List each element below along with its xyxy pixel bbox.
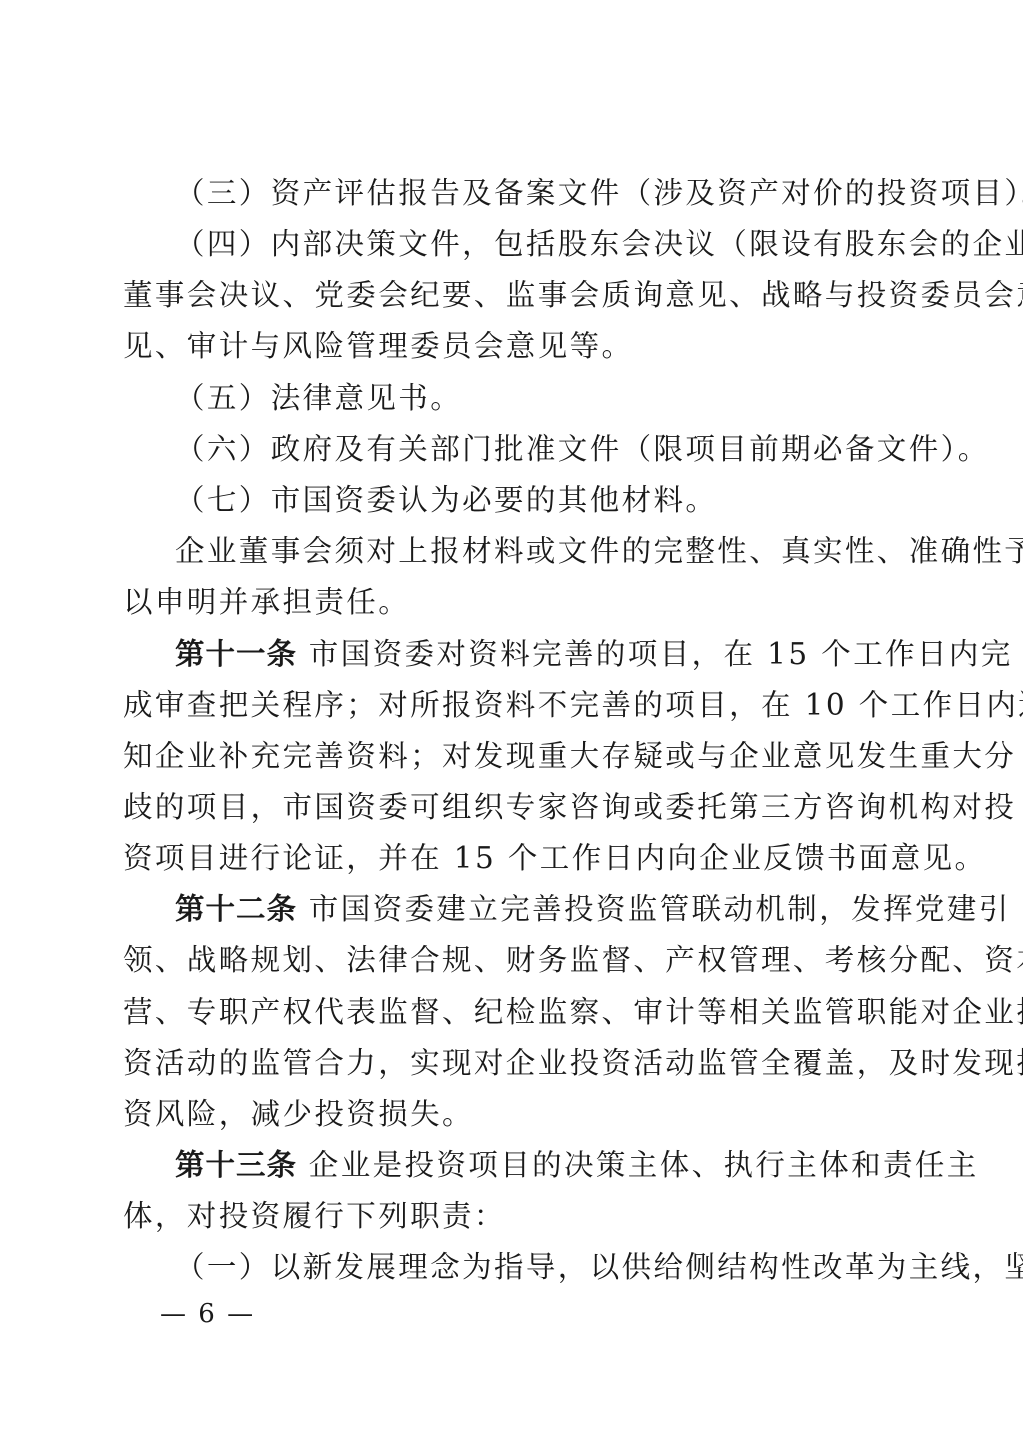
article-12-line-1: 第十二条 市国资委建立完善投资监管联动机制，发挥党建引 (175, 891, 883, 927)
page-number: — 6 — (160, 1298, 255, 1330)
item-3-line-1: （三）资产评估报告及备案文件（涉及资产对价的投资项目）。 (175, 175, 883, 211)
article-11-line-2: 成审查把关程序；对所报资料不完善的项目，在 10 个工作日内通 (123, 687, 883, 723)
item-4-line-2: 董事会决议、党委会纪要、监事会质询意见、战略与投资委员会意 (123, 277, 883, 313)
board-statement-line-2: 以申明并承担责任。 (123, 584, 883, 620)
article-12-line-4: 资活动的监管合力，实现对企业投资活动监管全覆盖，及时发现投 (123, 1045, 883, 1081)
item-4-line-1: （四）内部决策文件，包括股东会决议（限设有股东会的企业）、 (175, 226, 883, 262)
article-11-line-4: 歧的项目，市国资委可组织专家咨询或委托第三方咨询机构对投 (123, 789, 883, 825)
article-12-line-3: 营、专职产权代表监督、纪检监察、审计等相关监管职能对企业投 (123, 994, 883, 1030)
article-12-line-2: 领、战略规划、法律合规、财务监督、产权管理、考核分配、资本运 (123, 942, 883, 978)
item-4-line-3: 见、审计与风险管理委员会意见等。 (123, 328, 883, 364)
article-11-first-line: 市国资委对资料完善的项目，在 15 个工作日内完 (309, 637, 1013, 671)
item-5-line-1: （五）法律意见书。 (175, 380, 883, 416)
article-12-heading: 第十二条 (175, 891, 297, 926)
item-7-line-1: （七）市国资委认为必要的其他材料。 (175, 482, 883, 518)
duty-1-line-1: （一）以新发展理念为指导，以供给侧结构性改革为主线，坚持 (175, 1249, 883, 1285)
article-13-heading: 第十三条 (175, 1147, 297, 1182)
article-11-line-3: 知企业补充完善资料；对发现重大存疑或与企业意见发生重大分 (123, 738, 883, 774)
article-12-first-line: 市国资委建立完善投资监管联动机制，发挥党建引 (309, 892, 1011, 926)
article-13-first-line: 企业是投资项目的决策主体、执行主体和责任主 (309, 1148, 979, 1182)
article-13-line-2: 体，对投资履行下列职责： (123, 1198, 883, 1234)
article-13-line-1: 第十三条 企业是投资项目的决策主体、执行主体和责任主 (175, 1147, 883, 1183)
document-page: （三）资产评估报告及备案文件（涉及资产对价的投资项目）。 （四）内部决策文件，包… (0, 0, 1023, 1449)
article-11-heading: 第十一条 (175, 636, 297, 671)
board-statement-line-1: 企业董事会须对上报材料或文件的完整性、真实性、准确性予 (175, 533, 883, 569)
article-11-line-1: 第十一条 市国资委对资料完善的项目，在 15 个工作日内完 (175, 636, 883, 672)
article-12-line-5: 资风险，减少投资损失。 (123, 1096, 883, 1132)
article-11-line-5: 资项目进行论证，并在 15 个工作日内向企业反馈书面意见。 (123, 840, 883, 876)
item-6-line-1: （六）政府及有关部门批准文件（限项目前期必备文件）。 (175, 431, 883, 467)
